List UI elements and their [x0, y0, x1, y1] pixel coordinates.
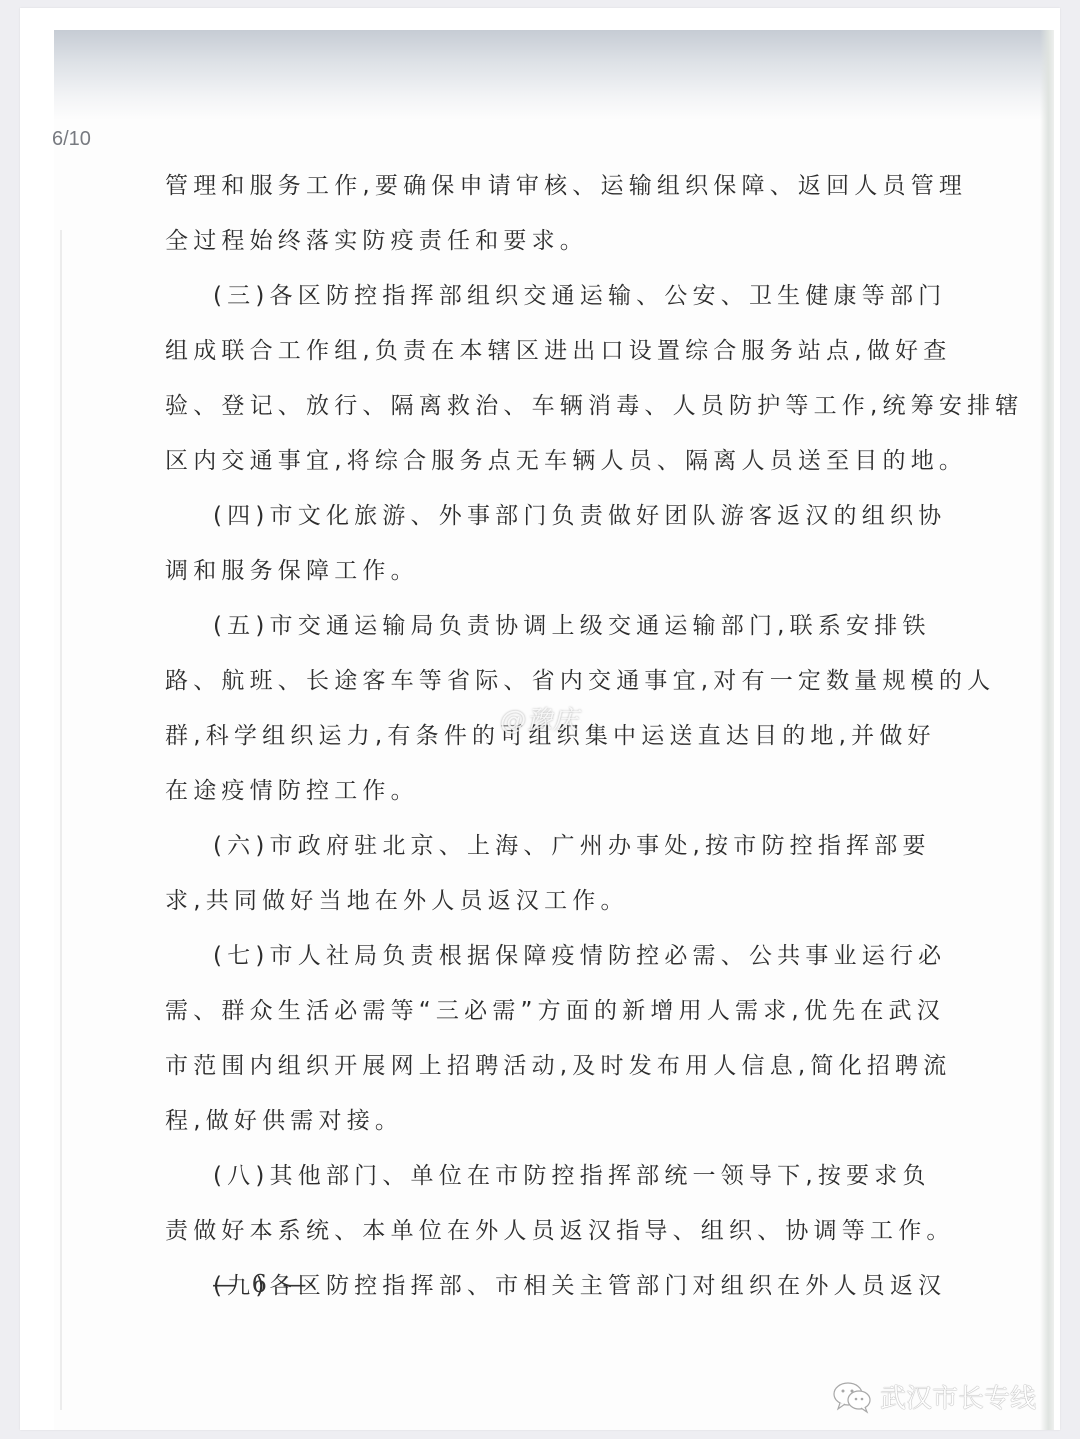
text-line: 求,共同做好当地在外人员返汉工作。	[165, 881, 925, 936]
text-line: (三)各区防控指挥部组织交通运输、公安、卫生健康等部门	[165, 276, 925, 331]
page-number: — 6 —	[212, 1270, 311, 1298]
document-body: 管理和服务工作,要确保申请审核、运输组织保障、返回人员管理 全过程始终落实防疫责…	[165, 166, 925, 1321]
text-line: 验、登记、放行、隔离救治、车辆消毒、人员防护等工作,统筹安排辖	[165, 386, 925, 441]
text-line: 区内交通事宜,将综合服务点无车辆人员、隔离人员送至目的地。	[165, 441, 925, 496]
page-indicator: 6/10	[52, 128, 91, 151]
scan-edge	[1040, 30, 1054, 1430]
text-line: 市范围内组织开展网上招聘活动,及时发布用人信息,简化招聘流	[165, 1046, 925, 1101]
text-line: 责做好本系统、本单位在外人员返汉指导、组织、协调等工作。	[165, 1211, 925, 1266]
text-line: 调和服务保障工作。	[165, 551, 925, 606]
scan-edge-line	[60, 230, 62, 1410]
wechat-icon	[832, 1380, 874, 1414]
text-line: 程,做好供需对接。	[165, 1101, 925, 1156]
text-line: 管理和服务工作,要确保申请审核、运输组织保障、返回人员管理	[165, 166, 925, 221]
text-line: (六)市政府驻北京、上海、广州办事处,按市防控指挥部要	[165, 826, 925, 881]
text-line: 需、群众生活必需等“三必需”方面的新增用人需求,优先在武汉	[165, 991, 925, 1046]
text-line: 全过程始终落实防疫责任和要求。	[165, 221, 925, 276]
wechat-account-name: 武汉市长专线	[880, 1378, 1036, 1415]
text-line: (八)其他部门、单位在市防控指挥部统一领导下,按要求负	[165, 1156, 925, 1211]
text-line: 组成联合工作组,负责在本辖区进出口设置综合服务站点,做好查	[165, 331, 925, 386]
wechat-watermark: 武汉市长专线	[832, 1378, 1036, 1415]
text-line: (四)市文化旅游、外事部门负责做好团队游客返汉的组织协	[165, 496, 925, 551]
text-line: (五)市交通运输局负责协调上级交通运输部门,联系安排铁	[165, 606, 925, 661]
text-line: (七)市人社局负责根据保障疫情防控必需、公共事业运行必	[165, 936, 925, 991]
text-line: 在途疫情防控工作。	[165, 771, 925, 826]
scan-shadow	[54, 30, 1054, 120]
weibo-watermark: @豫庆	[500, 700, 578, 737]
